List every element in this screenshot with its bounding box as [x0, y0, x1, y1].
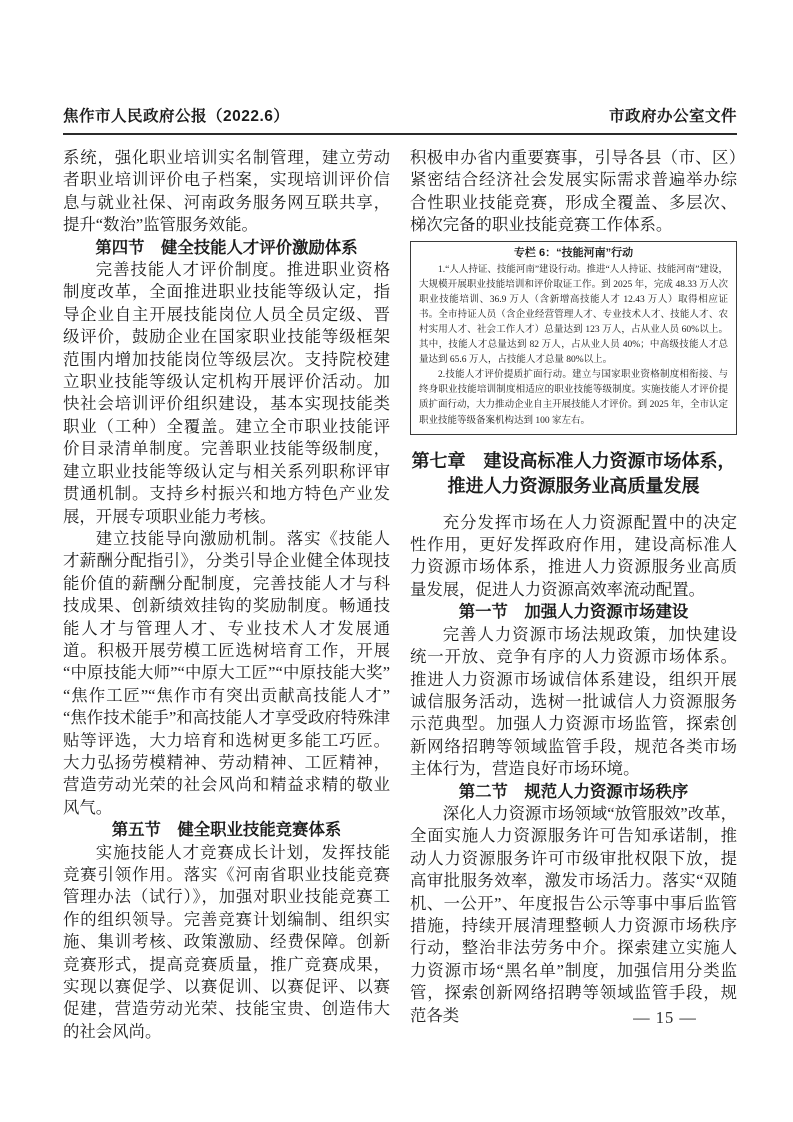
- section-heading: 第五节 健全职业技能竞赛体系: [63, 819, 390, 841]
- page-number: — 15 —: [600, 1008, 730, 1028]
- paragraph: 实施技能人才竞赛成长计划，发挥技能竞赛引领作用。落实《河南省职业技能竞赛管理办法…: [63, 842, 390, 1044]
- paragraph: 深化人力资源市场领域“放管服效”改革，全面实施人力资源服务许可告知承诺制，推动人…: [410, 803, 737, 1027]
- paragraph: 完善人力资源市场法规政策，加快建设统一开放、竞争有序的人力资源市场体系。推进人力…: [410, 624, 737, 781]
- paragraph: 积极申办省内重要赛事，引导各县（市、区）紧密结合经济社会发展实际需求普遍举办综合…: [410, 147, 737, 237]
- chapter-heading-line: 推进人力资源服务业高质量发展: [410, 474, 737, 499]
- callout-box-paragraph: 2.技能人才评价提质扩面行动。建立与国家职业资格制度相衔接、与终身职业技能培训制…: [419, 368, 728, 428]
- paragraph: 系统，强化职业培训实名制管理，建立劳动者职业培训评价电子档案，实现培训评价信息与…: [63, 147, 390, 237]
- header-left-title: 焦作市人民政府公报（2022.6）: [63, 104, 289, 126]
- paragraph: 充分发挥市场在人力资源配置中的决定性作用，更好发挥政府作用，建设高标准人力资源市…: [410, 512, 737, 602]
- chapter-heading-line: 第七章 建设高标准人力资源市场体系，: [410, 449, 737, 474]
- header-right-title: 市政府办公室文件: [609, 104, 737, 126]
- paragraph: 建立技能导向激励机制。落实《技能人才薪酬分配指引》，分类引导企业健全体现技能价值…: [63, 528, 390, 819]
- section-heading: 第一节 加强人力资源市场建设: [410, 601, 737, 623]
- column-left: 系统，强化职业培训实名制管理，建立劳动者职业培训评价电子档案，实现培训评价信息与…: [63, 147, 390, 1043]
- callout-box: 专栏 6：“技能河南”行动1.“人人持证、技能河南”建设行动。推进“人人持证、技…: [410, 241, 737, 435]
- column-right: 积极申办省内重要赛事，引导各县（市、区）紧密结合经济社会发展实际需求普遍举办综合…: [410, 147, 737, 1027]
- callout-box-title: 专栏 6：“技能河南”行动: [419, 246, 728, 261]
- callout-box-paragraph: 1.“人人持证、技能河南”建设行动。推进“人人持证、技能河南”建设，大规模开展职…: [419, 263, 728, 369]
- section-heading: 第四节 健全技能人才评价激励体系: [63, 237, 390, 259]
- paragraph: 完善技能人才评价制度。推进职业资格制度改革，全面推进职业技能等级认定，指导企业自…: [63, 259, 390, 528]
- page-header: 焦作市人民政府公报（2022.6） 市政府办公室文件: [63, 104, 737, 135]
- gazette-page: 焦作市人民政府公报（2022.6） 市政府办公室文件 系统，强化职业培训实名制管…: [0, 0, 793, 1122]
- chapter-heading: 第七章 建设高标准人力资源市场体系，推进人力资源服务业高质量发展: [410, 449, 737, 499]
- section-heading: 第二节 规范人力资源市场秩序: [410, 781, 737, 803]
